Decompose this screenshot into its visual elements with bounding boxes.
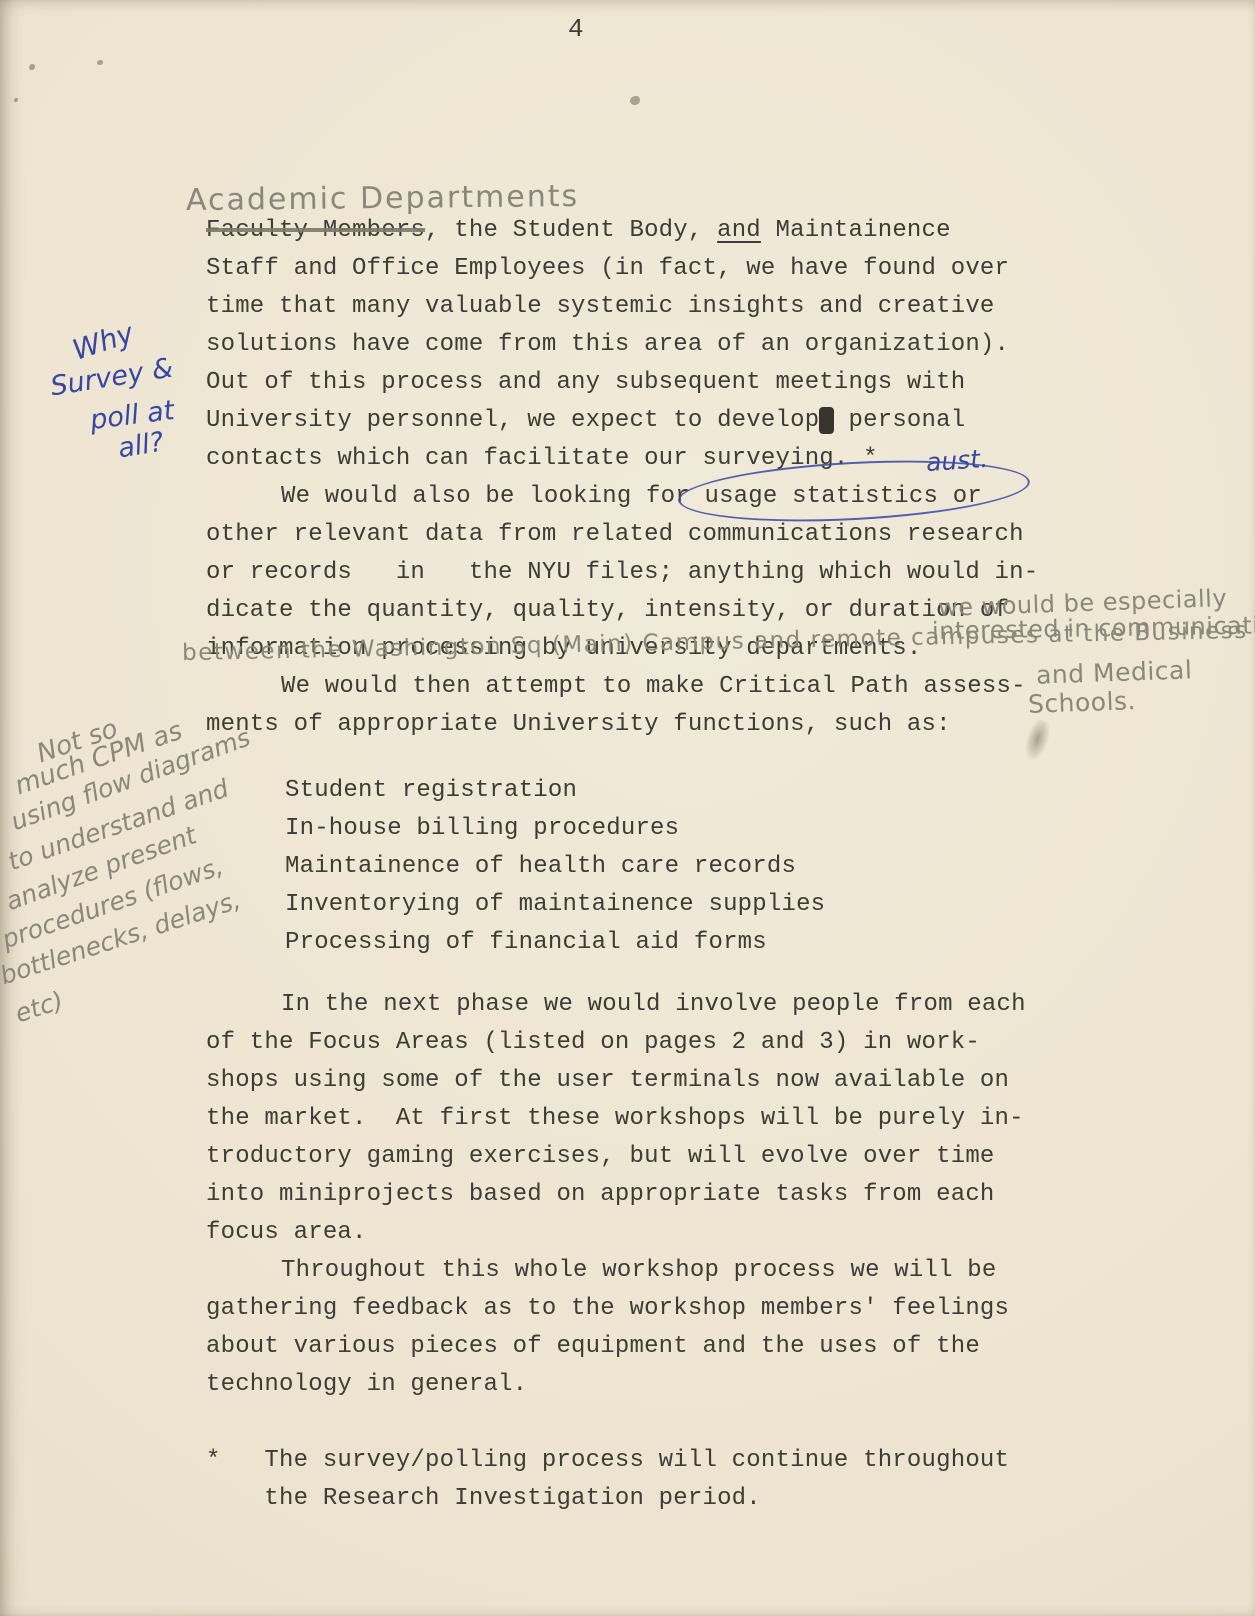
typed-line: Faculty Members, the Student Body, and M… [206, 212, 1206, 250]
list-item: Student registration [206, 772, 1206, 810]
paper-speck [630, 96, 640, 105]
typed-text: , the Student Body, [425, 217, 717, 244]
list-item: Maintainence of health care records [206, 848, 1206, 886]
struck-text-faculty-members: Faculty Members [206, 217, 425, 244]
paragraph-gap [206, 962, 1206, 986]
typed-line: troductory gaming exercises, but will ev… [206, 1138, 1206, 1176]
typed-line: focus area. [206, 1214, 1206, 1252]
list-item: In-house billing procedures [206, 810, 1206, 848]
typed-line: gathering feedback as to the workshop me… [206, 1290, 1206, 1328]
typed-text: personal [834, 407, 965, 434]
typed-line: Staff and Office Employees (in fact, we … [206, 250, 1206, 288]
typed-line: Throughout this whole workshop process w… [206, 1252, 1206, 1290]
paragraph-gap [206, 1404, 1206, 1442]
typed-line: or records in the NYU files; anything wh… [206, 554, 1206, 592]
list-item: Processing of financial aid forms [206, 924, 1206, 962]
paper-speck [29, 64, 35, 70]
typed-text: Maintainence [761, 217, 951, 244]
scanned-document-page: 4 Faculty Members, the Student Body, and… [0, 0, 1255, 1616]
paper-speck [97, 60, 103, 65]
typed-line: into miniprojects based on appropriate t… [206, 1176, 1206, 1214]
list-item: Inventorying of maintainence supplies [206, 886, 1206, 924]
typed-line: technology in general. [206, 1366, 1206, 1404]
paper-speck [14, 98, 18, 102]
footnote-line: * The survey/polling process will contin… [206, 1442, 1206, 1480]
underlined-and: and [717, 217, 761, 244]
typed-text: We would also be looking for [281, 483, 704, 510]
typed-line: time that many valuable systemic insight… [206, 288, 1206, 326]
typed-line: about various pieces of equipment and th… [206, 1328, 1206, 1366]
typed-line: University personnel, we expect to devel… [206, 402, 1206, 440]
typed-line: contacts which can facilitate our survey… [206, 440, 1206, 478]
annotation-cpm-note-line: etc) [12, 986, 67, 1029]
typed-line: solutions have come from this area of an… [206, 326, 1206, 364]
typed-line: of the Focus Areas (listed on pages 2 an… [206, 1024, 1206, 1062]
page-number: 4 [568, 14, 584, 44]
footnote-line: the Research Investigation period. [206, 1480, 1206, 1518]
annotation-why-survey-line: Survey & [48, 353, 175, 403]
typed-line: Out of this process and any subsequent m… [206, 364, 1206, 402]
paragraph-gap [206, 744, 1206, 772]
typed-line: the market. At first these workshops wil… [206, 1100, 1206, 1138]
typed-line: In the next phase we would involve peopl… [206, 986, 1206, 1024]
annotation-why-survey-line: poll at [88, 395, 176, 436]
annotation-why-survey-line: all? [116, 427, 166, 465]
typed-text: University personnel, we expect to devel… [206, 407, 819, 434]
annotation-campus-note-line: Schools. [1028, 686, 1137, 719]
annotation-usage-circle-note: aust. [925, 444, 989, 477]
typed-body: Faculty Members, the Student Body, and M… [206, 212, 1206, 1518]
overstruck-character: e [819, 407, 834, 434]
annotation-academic-departments: Academic Departments [186, 179, 579, 218]
typed-line: other relevant data from related communi… [206, 516, 1206, 554]
typed-line: shops using some of the user terminals n… [206, 1062, 1206, 1100]
annotation-campus-note-line: and Medical [1036, 655, 1193, 689]
